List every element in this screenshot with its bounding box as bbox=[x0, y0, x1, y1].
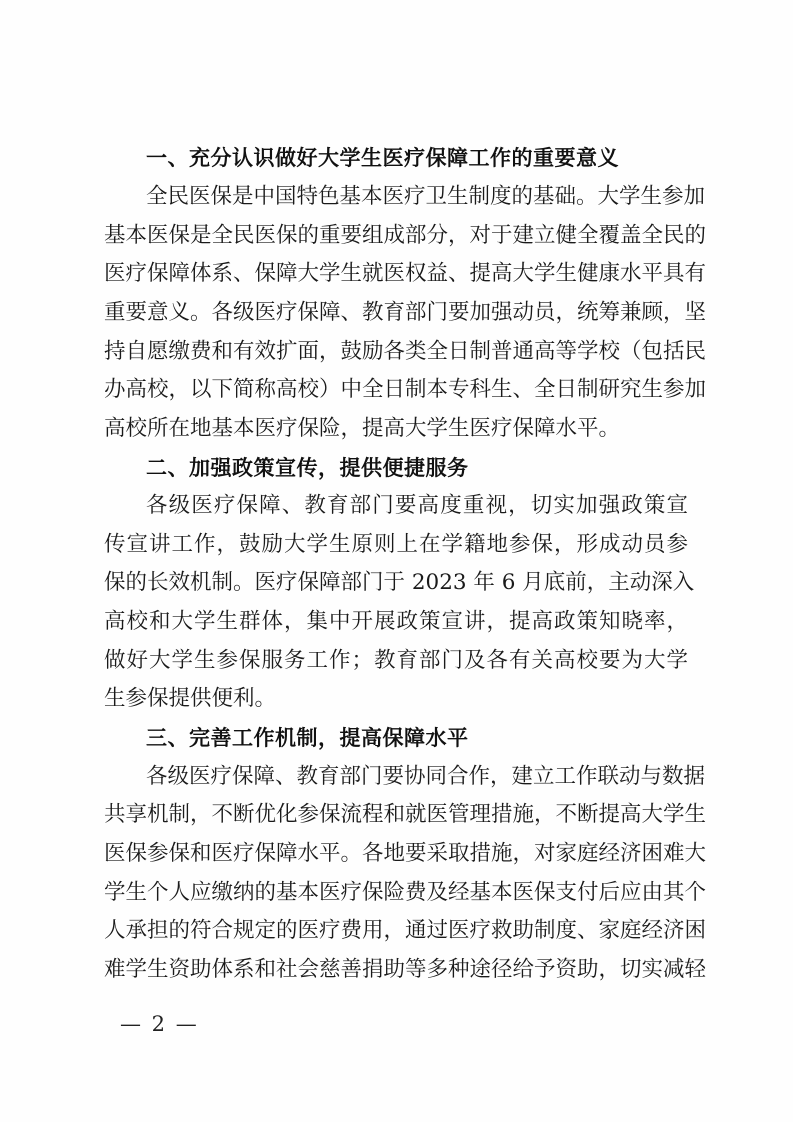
paragraph-line: 生参保提供便利。 bbox=[104, 684, 688, 714]
page-number: — 2 — bbox=[120, 1012, 197, 1036]
section-heading-1: 一、充分认识做好大学生医疗保障工作的重要意义 bbox=[146, 143, 619, 173]
paragraph-line: 办高校，以下简称高校）中全日制本专科生、全日制研究生参加 bbox=[104, 375, 688, 405]
paragraph-line: 保的长效机制。医疗保障部门于 2023 年 6 月底前，主动深入 bbox=[104, 568, 688, 598]
paragraph-line: 各级医疗保障、教育部门要协同合作，建立工作联动与数据 bbox=[146, 762, 688, 792]
paragraph-line: 重要意义。各级医疗保障、教育部门要加强动员，统筹兼顾，坚 bbox=[104, 298, 688, 328]
section-heading-2: 二、加强政策宣传，提供便捷服务 bbox=[146, 453, 469, 483]
paragraph-line: 全民医保是中国特色基本医疗卫生制度的基础。大学生参加 bbox=[146, 182, 688, 212]
paragraph-line: 医保参保和医疗保障水平。各地要采取措施，对家庭经济困难大 bbox=[104, 839, 688, 869]
paragraph-line: 人承担的符合规定的医疗费用，通过医疗救助制度、家庭经济困 bbox=[104, 916, 688, 946]
paragraph-line: 医疗保障体系、保障大学生就医权益、提高大学生健康水平具有 bbox=[104, 259, 688, 289]
paragraph-line: 高校和大学生群体，集中开展政策宣讲，提高政策知晓率， bbox=[104, 607, 688, 637]
section-heading-3: 三、完善工作机制，提高保障水平 bbox=[146, 723, 469, 753]
paragraph-line: 基本医保是全民医保的重要组成部分，对于建立健全覆盖全民的 bbox=[104, 221, 688, 251]
paragraph-line: 学生个人应缴纳的基本医疗保险费及经基本医保支付后应由其个 bbox=[104, 878, 688, 908]
paragraph-line: 难学生资助体系和社会慈善捐助等多种途径给予资助，切实减轻 bbox=[104, 955, 688, 985]
paragraph-line: 高校所在地基本医疗保险，提高大学生医疗保障水平。 bbox=[104, 414, 688, 444]
paragraph-line: 做好大学生参保服务工作；教育部门及各有关高校要为大学 bbox=[104, 646, 688, 676]
paragraph-line: 持自愿缴费和有效扩面，鼓励各类全日制普通高等学校（包括民 bbox=[104, 337, 688, 367]
paragraph-line: 传宣讲工作，鼓励大学生原则上在学籍地参保，形成动员参 bbox=[104, 530, 688, 560]
paragraph-line: 各级医疗保障、教育部门要高度重视，切实加强政策宣 bbox=[146, 491, 688, 521]
paragraph-line: 共享机制，不断优化参保流程和就医管理措施，不断提高大学生 bbox=[104, 800, 688, 830]
document-page: 一、充分认识做好大学生医疗保障工作的重要意义 全民医保是中国特色基本医疗卫生制度… bbox=[0, 0, 793, 1122]
